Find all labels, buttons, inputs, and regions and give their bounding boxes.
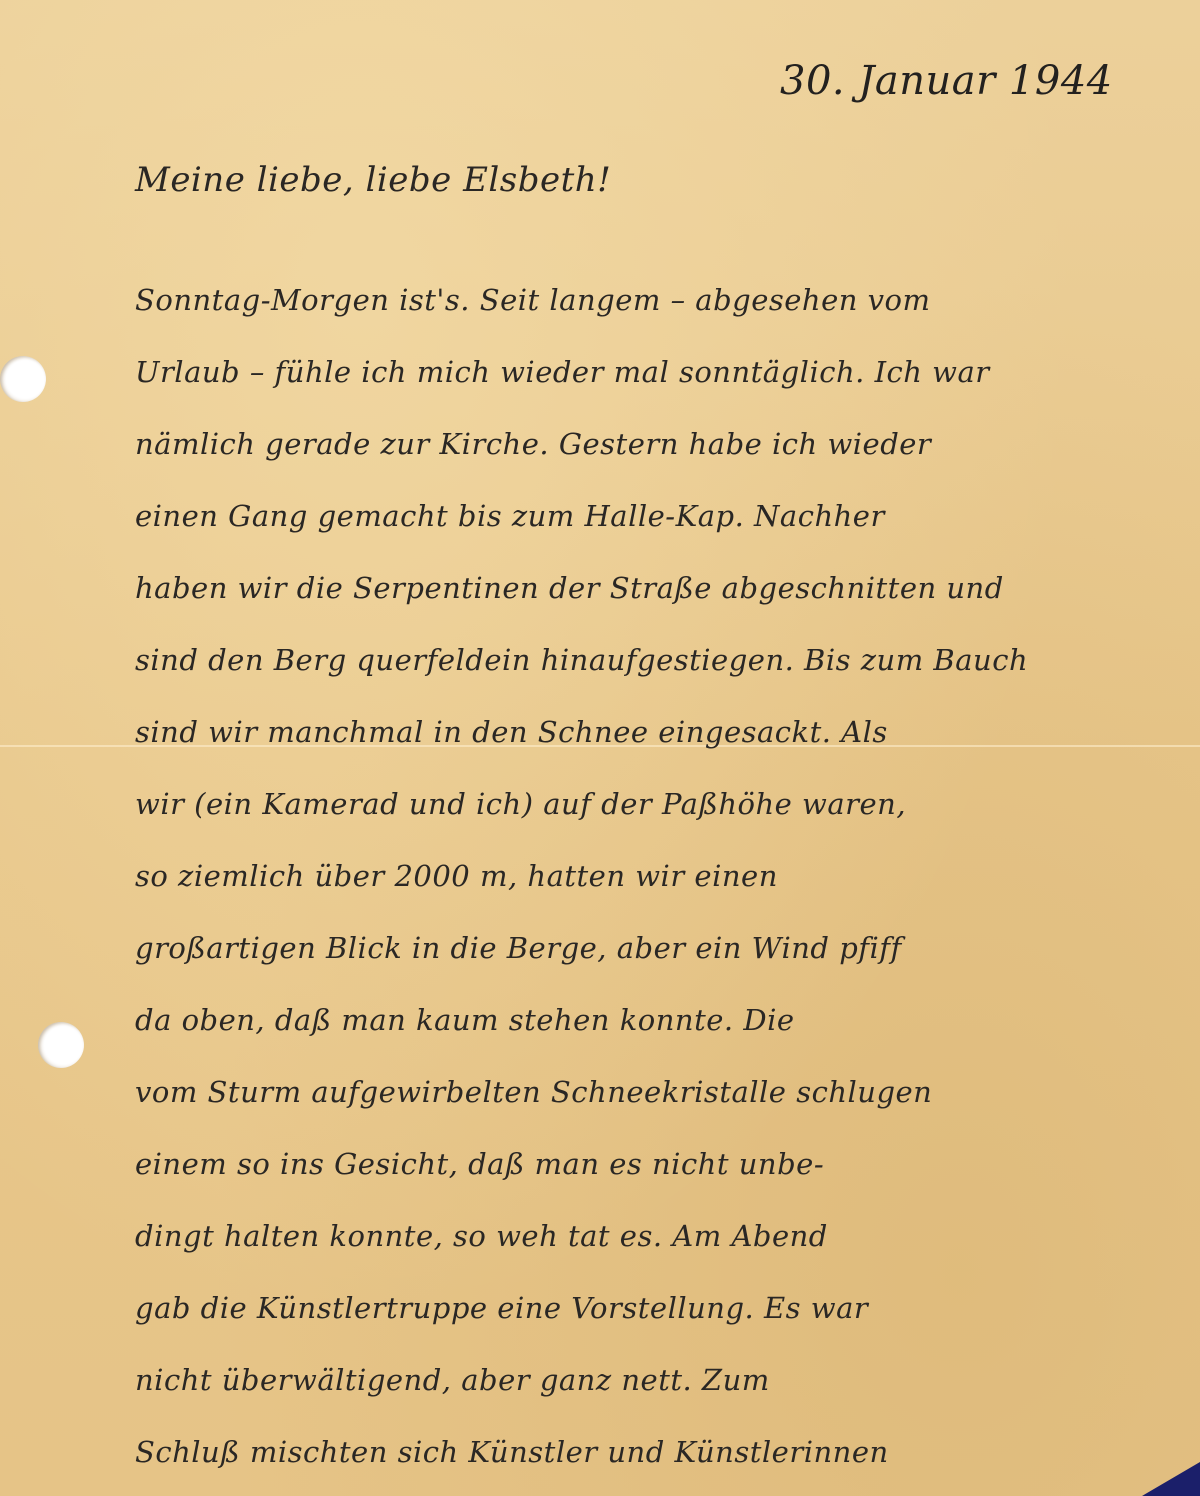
letter-line: nämlich gerade zur Kirche. Gestern habe … bbox=[135, 427, 1155, 461]
punch-hole-upper bbox=[0, 356, 46, 402]
letter-line: da oben, daß man kaum stehen konnte. Die bbox=[135, 1003, 1155, 1037]
letter-line: gab die Künstlertruppe eine Vorstellung.… bbox=[135, 1291, 1155, 1325]
letter-line: so ziemlich über 2000 m, hatten wir eine… bbox=[135, 859, 1155, 893]
letter-line: nicht überwältigend, aber ganz nett. Zum bbox=[135, 1363, 1155, 1397]
letter-line: einem so ins Gesicht, daß man es nicht u… bbox=[135, 1147, 1155, 1181]
letter-line: sind den Berg querfeldein hinaufgestiege… bbox=[135, 643, 1155, 677]
letter-line: Schluß mischten sich Künstler und Künstl… bbox=[135, 1435, 1155, 1469]
letter-line: dingt halten konnte, so weh tat es. Am A… bbox=[135, 1219, 1155, 1253]
letter-line: Sonntag-Morgen ist's. Seit langem – abge… bbox=[135, 283, 1155, 317]
letter-line: wir (ein Kamerad und ich) auf der Paßhöh… bbox=[135, 787, 1155, 821]
letter-line: großartigen Blick in die Berge, aber ein… bbox=[135, 931, 1155, 965]
letter-date: 30. Januar 1944 bbox=[780, 58, 1113, 104]
letter-line: einen Gang gemacht bis zum Halle-Kap. Na… bbox=[135, 499, 1155, 533]
letter-line: vom Sturm aufgewirbelten Schneekristalle… bbox=[135, 1075, 1155, 1109]
letter-line: haben wir die Serpentinen der Straße abg… bbox=[135, 571, 1155, 605]
letter-salutation: Meine liebe, liebe Elsbeth! bbox=[135, 160, 611, 200]
letter-line: sind wir manchmal in den Schnee eingesac… bbox=[135, 715, 1155, 749]
punch-hole-lower bbox=[38, 1022, 84, 1068]
letter-line: Urlaub – fühle ich mich wieder mal sonnt… bbox=[135, 355, 1155, 389]
